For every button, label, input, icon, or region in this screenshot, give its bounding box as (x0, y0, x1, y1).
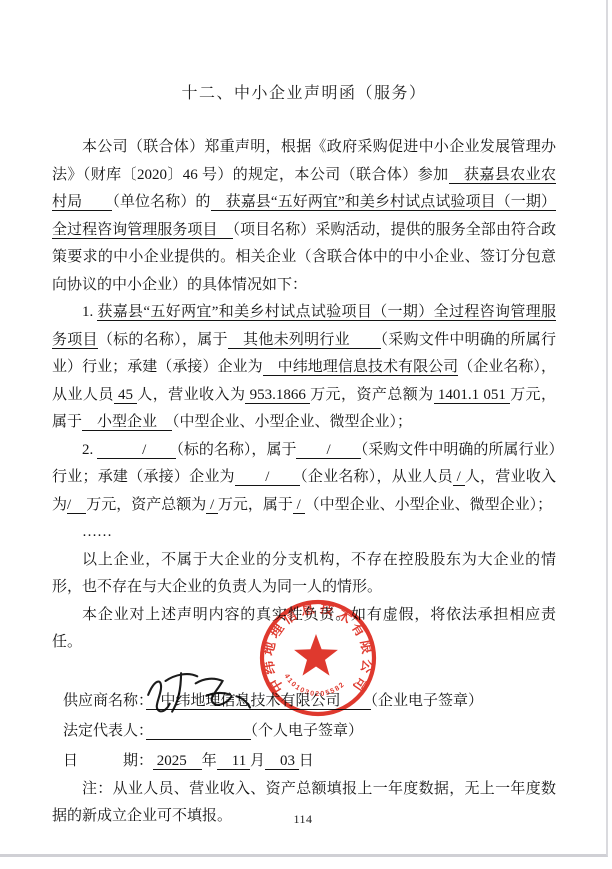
filled-blank: 2025 (153, 753, 202, 770)
filled-blank: 1401.1 051 (434, 387, 510, 404)
legal-representative-signature (136, 662, 270, 718)
filled-blank: / (235, 469, 300, 486)
text-run: 年 (202, 753, 217, 769)
filled-blank: 11 (217, 753, 250, 770)
text-run: 日 期： (63, 753, 153, 769)
filled-blank: / (293, 497, 305, 514)
text-run: （中型企业、小型企业、微型企业）； (305, 497, 553, 513)
text-run: 万元，资产总额为 (310, 387, 434, 403)
filled-blank (146, 723, 251, 740)
filled-blank: 其他未列明行业 (228, 332, 381, 349)
ellipsis-paragraph: …… (52, 519, 556, 547)
text-run: 人，营业收入为 (137, 387, 245, 403)
filled-blank: 小型企业 (82, 414, 172, 431)
filled-blank: / (67, 497, 86, 514)
intro-paragraph: 本公司（联合体）郑重声明，根据《政府采购促进中小企业发展管理办法》（财库〔202… (52, 134, 556, 299)
seal-number-arc-text: 4101030205582 (283, 673, 347, 698)
date-line: 日 期： 2025 年 11 月 03 日 (52, 746, 556, 776)
item-2-paragraph: 2. / （标的名称），属于 / （采购文件中明确的所属行业）行业；承建（承接）… (52, 437, 556, 520)
text-run: （单位名称）的 (112, 194, 210, 210)
text-run: 法定代表人： (63, 723, 146, 739)
filled-blank: 953.1866 (245, 387, 310, 404)
text-run: （企业名称），从业人员 (300, 469, 453, 485)
star-icon (294, 634, 338, 676)
filled-blank: / (453, 469, 465, 486)
filled-blank: 中纬地理信息技术有限公司 (263, 359, 459, 376)
filled-blank: / (206, 497, 218, 514)
text-run: （中型企业、小型企业、微型企业）； (172, 414, 412, 430)
text-run: 1. (82, 304, 97, 320)
text-run: 万元，资产总额为 (86, 497, 206, 513)
text-run: 日 (299, 753, 314, 769)
filled-blank: / (97, 442, 176, 459)
declaration-document-page: 十二、中小企业声明函（服务） 本公司（联合体）郑重声明，根据《政府采购促进中小企… (0, 0, 608, 857)
page-number: 114 (0, 812, 606, 827)
text-run: …… (82, 524, 112, 540)
filled-blank: 45 (114, 387, 137, 404)
filled-blank: 03 (265, 753, 299, 770)
item-1-paragraph: 1. 获嘉县“五好两宜”和美乡村试点试验项目（一期）全过程咨询管理服务项目（标的… (52, 299, 556, 437)
text-run: 万元，属于 (218, 497, 293, 513)
text-run: （标的名称），属于 (98, 332, 228, 348)
text-run: 2. (82, 442, 97, 458)
text-run: 月 (250, 753, 265, 769)
filled-blank: / (296, 442, 360, 459)
text-run: 供应商名称： (63, 693, 146, 709)
text-run: （标的名称），属于 (176, 442, 296, 458)
document-title: 十二、中小企业声明函（服务） (52, 80, 556, 103)
